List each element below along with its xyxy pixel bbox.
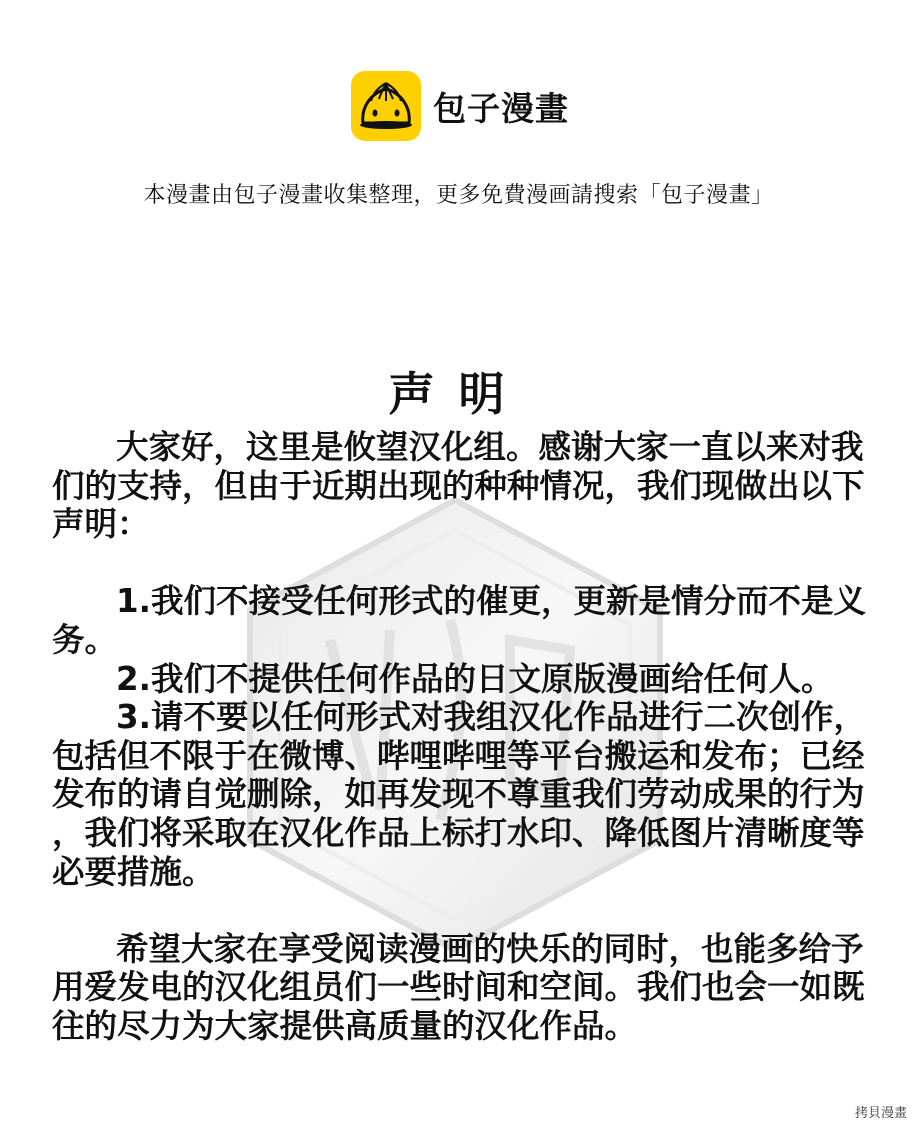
blank-line	[52, 544, 867, 583]
statement-line: 往的尽力为大家提供高质量的汉化作品。	[52, 1007, 867, 1046]
statement-line: ，我们将采取在汉化作品上标打水印、降低图片清晰度等	[52, 814, 867, 853]
statement-line: 务。	[52, 621, 867, 660]
brand-name: 包子漫畫	[433, 83, 569, 130]
brand-logo: 包子漫畫	[351, 70, 569, 142]
statement-line: 2.我们不提供任何作品的日文原版漫画给任何人。	[52, 660, 867, 699]
blank-line	[52, 891, 867, 930]
bun-mascot-icon	[351, 71, 421, 141]
statement-line: 1.我们不接受任何形式的催更，更新是情分而不是义	[52, 582, 867, 621]
statement-line: 必要措施。	[52, 853, 867, 892]
statement-title: 声明	[0, 358, 917, 424]
statement-body: 大家好，这里是攸望汉化组。感谢大家一直以来对我 们的支持，但由于近期出现的种种情…	[52, 428, 867, 1046]
statement-line: 包括但不限于在微博、哔哩哔哩等平台搬运和发布；已经	[52, 737, 867, 776]
statement-line: 大家好，这里是攸望汉化组。感谢大家一直以来对我	[52, 428, 867, 467]
statement-line: 希望大家在享受阅读漫画的快乐的同时，也能多给予	[52, 930, 867, 969]
statement-line: 用爱发电的汉化组员们一些时间和空间。我们也会一如既	[52, 968, 867, 1007]
statement-line: 们的支持，但由于近期出现的种种情况，我们现做出以下	[52, 467, 867, 506]
statement-line: 3.请不要以任何形式对我组汉化作品进行二次创作，	[52, 698, 867, 737]
statement-line: 声明：	[52, 505, 867, 544]
source-notice: 本漫畫由包子漫畫收集整理，更多免費漫画請搜索「包子漫畫」	[0, 178, 917, 209]
statement-line: 发布的请自觉删除，如再发现不尊重我们劳动成果的行为	[52, 775, 867, 814]
source-watermark-text: 拷貝漫畫	[855, 1102, 907, 1121]
